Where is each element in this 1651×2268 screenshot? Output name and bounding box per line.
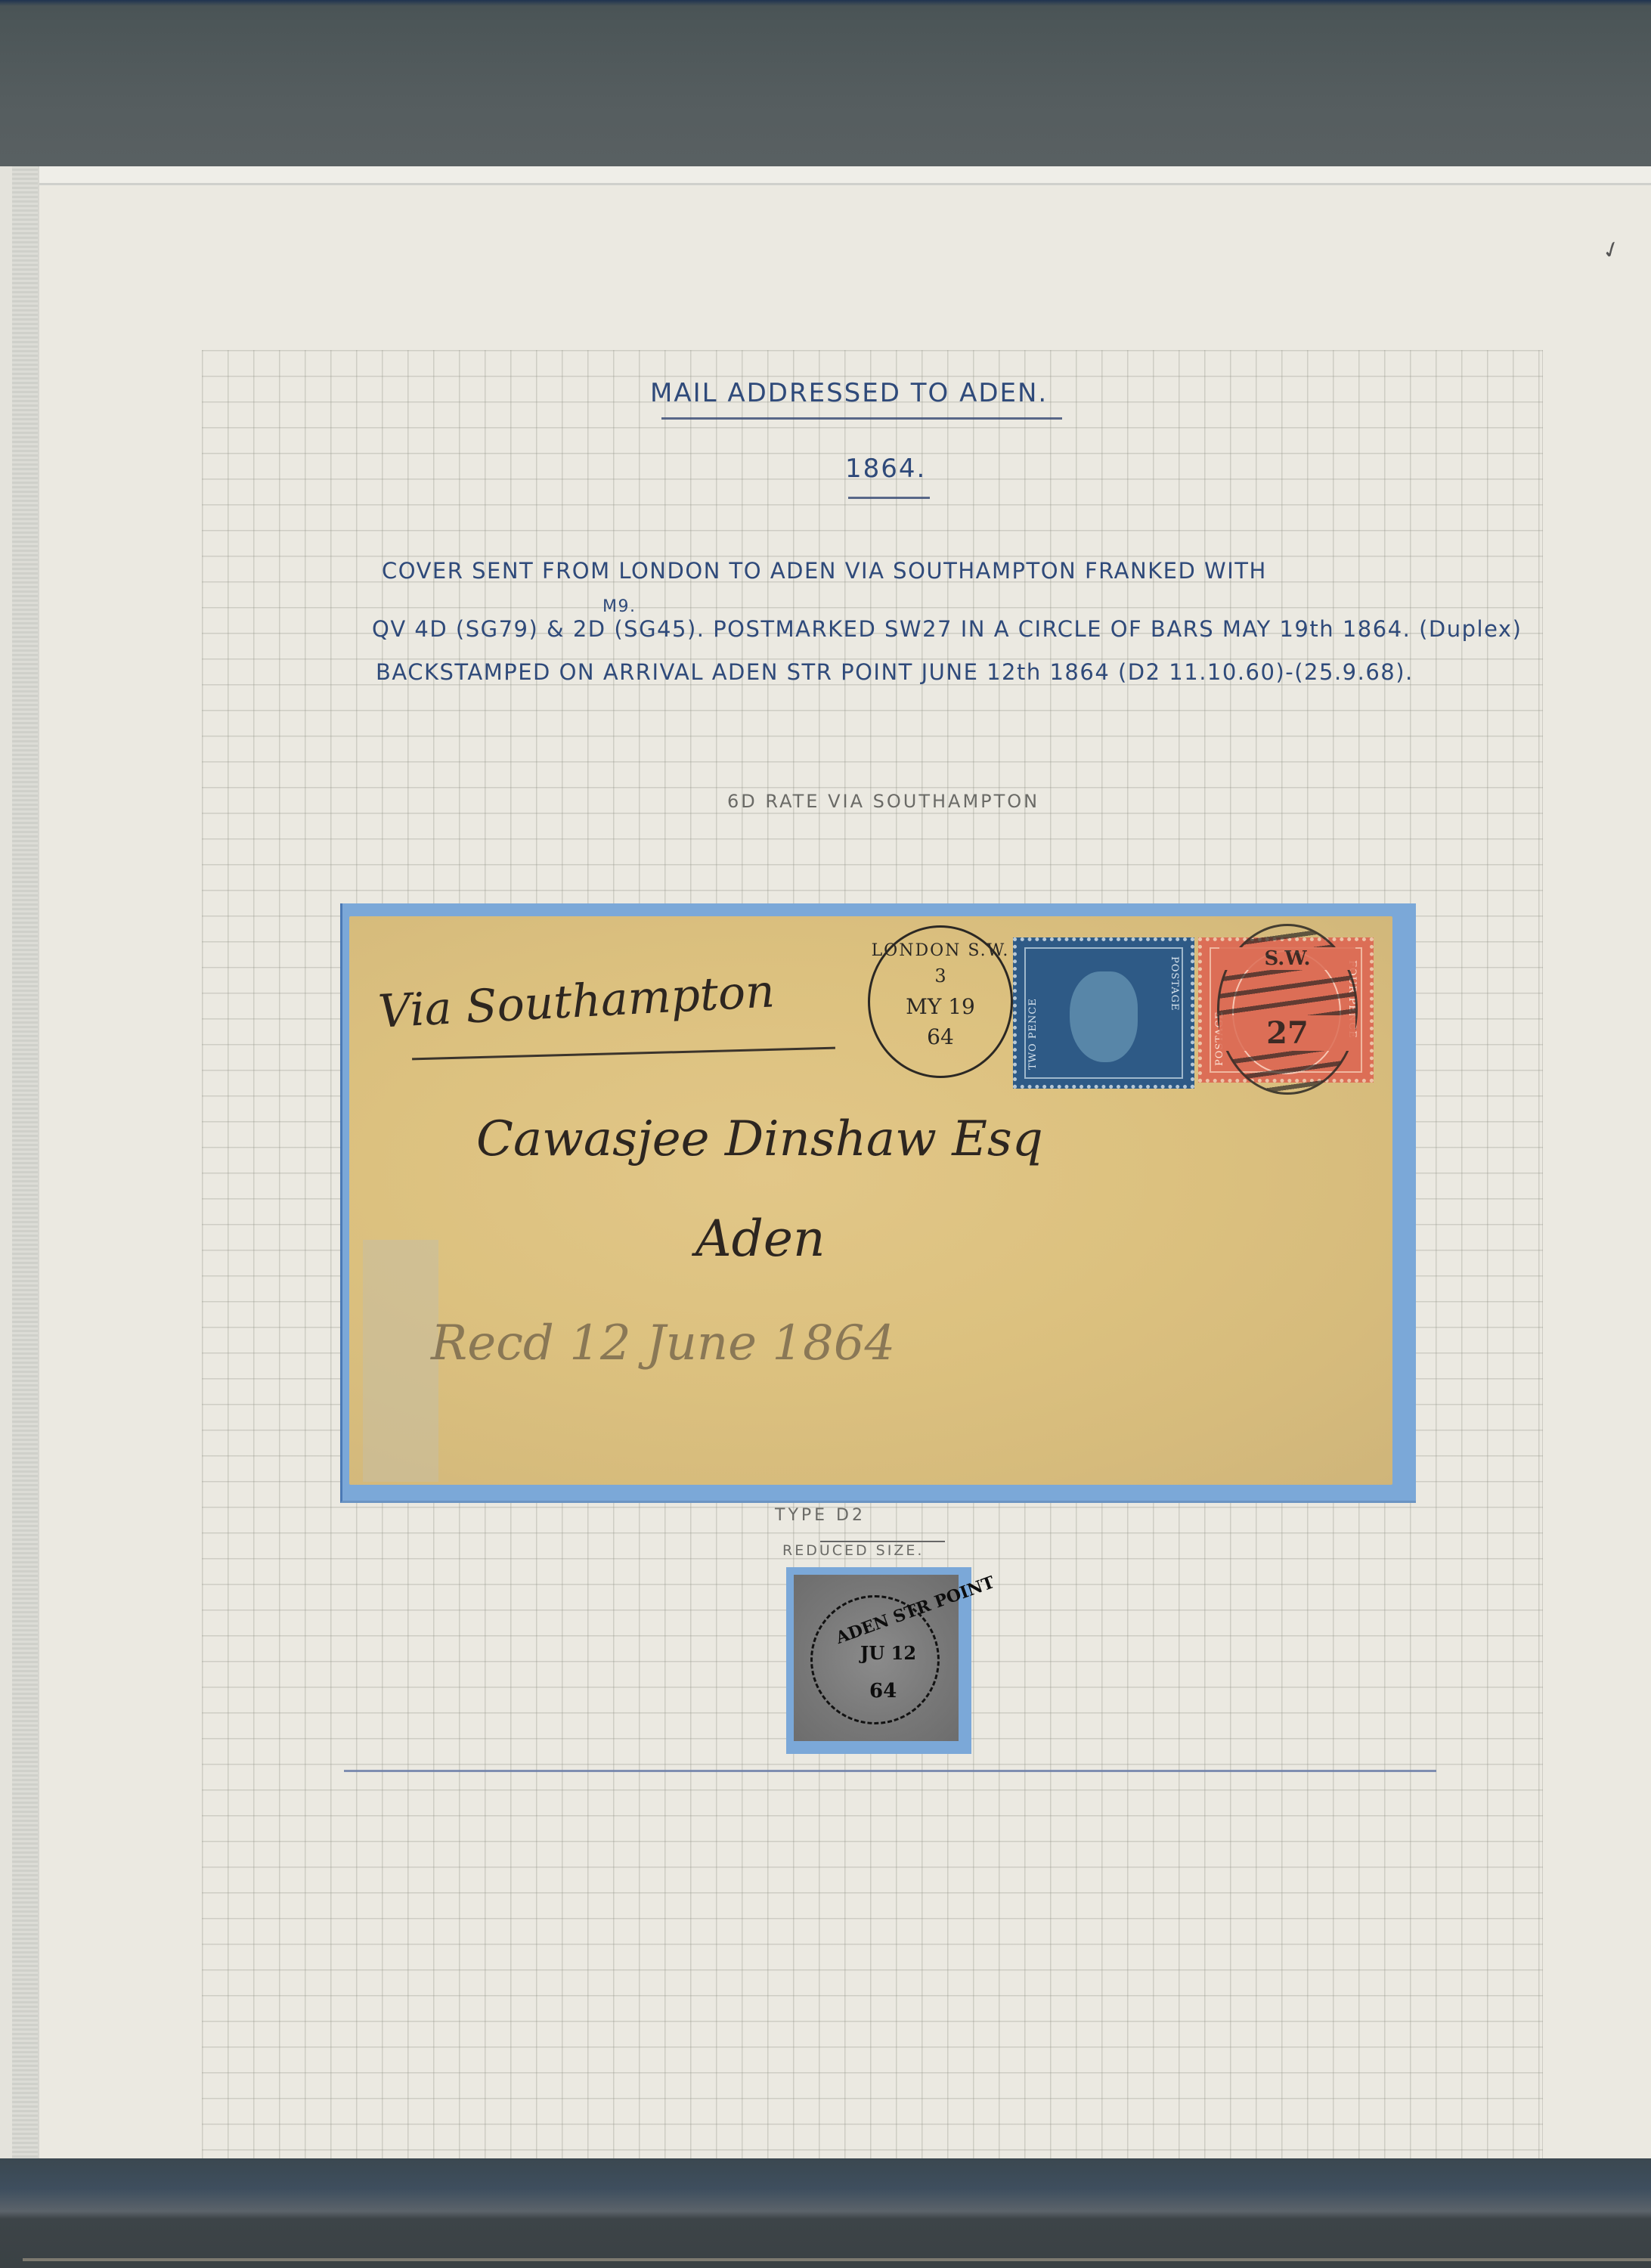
description-line-2: QV 4D (SG79) & 2D (SG45). POSTMARKED SW2… bbox=[372, 616, 1522, 642]
protector-sleeve-edge bbox=[23, 2258, 1651, 2261]
backstamp-size-note: REDUCED SIZE. bbox=[782, 1542, 924, 1559]
duplex-bar-cancel: S.W. 27 bbox=[1217, 924, 1358, 1095]
postmark-town: LONDON S.W. bbox=[870, 941, 1011, 960]
destination: Aden bbox=[695, 1210, 825, 1268]
london-postmark: LONDON S.W. 3 MY 19 64 bbox=[868, 925, 1013, 1078]
receipt-docket: Recd 12 June 1864 bbox=[431, 1315, 895, 1371]
scanner-background-bottom bbox=[0, 2158, 1651, 2268]
page-title: MAIL ADDRESSED TO ADEN. bbox=[650, 378, 1048, 408]
stamp-postage-text: POSTAGE bbox=[1169, 956, 1180, 1070]
queen-head-icon bbox=[1070, 971, 1138, 1062]
cover-hinge-flap bbox=[363, 1240, 438, 1482]
backstamp-date: JU 12 bbox=[860, 1642, 916, 1664]
section-divider bbox=[344, 1770, 1436, 1772]
description-line-1: COVER SENT FROM LONDON TO ADEN VIA SOUTH… bbox=[382, 558, 1267, 584]
page-top-edge bbox=[0, 166, 1651, 185]
backstamp-year: 64 bbox=[869, 1680, 897, 1703]
title-underline bbox=[661, 417, 1062, 420]
page-year: 1864. bbox=[845, 454, 926, 484]
cancel-district: S.W. bbox=[1219, 947, 1355, 970]
postmark-year: 64 bbox=[870, 1024, 1011, 1049]
stamp-2d-blue: TWO PENCE POSTAGE bbox=[1013, 937, 1194, 1089]
cancel-number: 27 bbox=[1219, 1015, 1355, 1051]
rate-note: 6D RATE VIA SOUTHAMPTON bbox=[727, 791, 1039, 812]
description-superscript: M9. bbox=[602, 597, 636, 616]
postmark-date: MY 19 bbox=[870, 994, 1011, 1019]
postmark-hour: 3 bbox=[870, 965, 1011, 987]
stamp-value-text: TWO PENCE bbox=[1027, 956, 1039, 1070]
page-binding-edge bbox=[0, 166, 12, 2158]
description-line-3: BACKSTAMPED ON ARRIVAL ADEN STR POINT JU… bbox=[376, 659, 1414, 685]
scanner-background-top bbox=[0, 0, 1651, 166]
addressee: Cawasjee Dinshaw Esq bbox=[476, 1111, 1043, 1167]
year-underline bbox=[848, 497, 930, 499]
backstamp-type-label: TYPE D2 bbox=[775, 1506, 866, 1525]
